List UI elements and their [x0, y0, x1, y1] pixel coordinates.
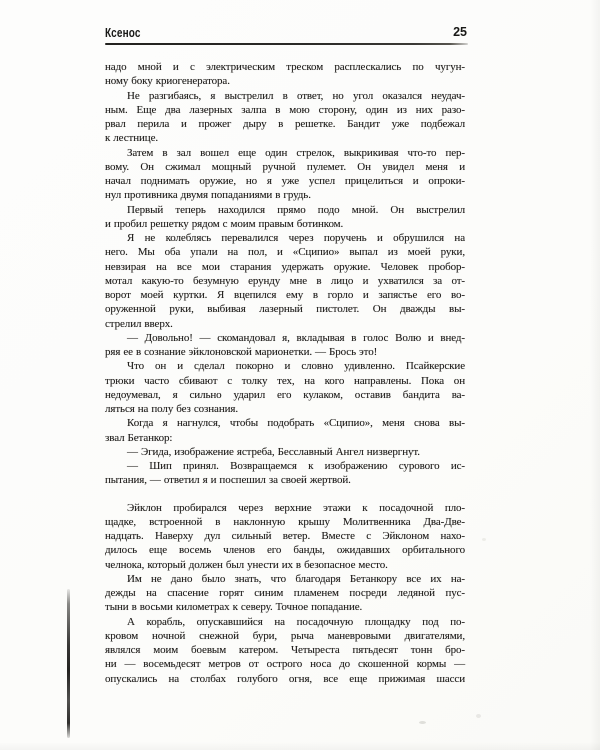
- text-line: звал Бетанкор:: [105, 431, 465, 445]
- text-block: надо мной и с электрическим треском расп…: [105, 60, 465, 686]
- text-line: ворот моей куртки. Я вцепился ему в горл…: [105, 288, 465, 302]
- scan-speck: [482, 538, 486, 541]
- text-line: являлся моим боевым катером. Четыреста п…: [105, 643, 465, 657]
- text-line: надцать. Наверху дул сильный ветер. Вмес…: [105, 529, 465, 543]
- text-line: ляться на полу без сознания.: [105, 402, 465, 416]
- text-line: А корабль, опускавшийся на посадочную пл…: [105, 615, 465, 629]
- scan-edge-shade-bottom: [0, 742, 600, 750]
- text-line: Я не колеблясь перевалился через поручен…: [105, 231, 465, 245]
- text-line: пытания, — ответил я и поспешил за своей…: [105, 473, 465, 487]
- text-line: Что он и сделал покорно и словно удивлен…: [105, 359, 465, 373]
- text-line: Первый теперь находился прямо подо мной.…: [105, 203, 465, 217]
- text-line: Эйклон пробирался через верхние этажи к …: [105, 501, 465, 515]
- scan-edge-shade-right: [590, 0, 600, 750]
- text-line: ным. Еще два лазерных залпа в мою сторон…: [105, 103, 465, 117]
- text-line: трюки часто сбивают с толку тех, на кого…: [105, 374, 465, 388]
- text-line: кровом ночной снежной бури, рыча маневро…: [105, 629, 465, 643]
- text-line: Затем в зал вошел еще один стрелок, выкр…: [105, 146, 465, 160]
- text-line: Им не дано было знать, что благодаря Бет…: [105, 572, 465, 586]
- text-line: мотал какую-то безумную ерунду мне в лиц…: [105, 274, 465, 288]
- text-line: — Эгида, изображение ястреба, Бесславный…: [105, 445, 465, 459]
- text-line: ному боку криогенератора.: [105, 74, 465, 88]
- text-line: невзирая на все мои старания удержать ор…: [105, 260, 465, 274]
- text-line: дежды на спасение горят синим пламенем п…: [105, 586, 465, 600]
- text-line: стрелил вверх.: [105, 317, 465, 331]
- text-line: ряя ее в сознание эйклоновской марионетк…: [105, 345, 465, 359]
- text-line: него. Мы оба упали на пол, и «Сципио» вы…: [105, 245, 465, 259]
- text-line: опускались на столбах голубого огня, все…: [105, 672, 465, 686]
- text-line: ни — восемьдесят метров от острого носа …: [105, 657, 465, 671]
- text-line: нул противника двумя попаданиями в грудь…: [105, 188, 465, 202]
- text-line: и пробил решетку рядом с моим правым бот…: [105, 217, 465, 231]
- text-line: вому. Он сжимал мощный ручной пулемет. О…: [105, 160, 465, 174]
- text-line: Когда я нагнулся, чтобы подобрать «Сципи…: [105, 416, 465, 430]
- text-line: Не разгибаясь, я выстрелил в ответ, но у…: [105, 89, 465, 103]
- scan-speck: [476, 714, 481, 718]
- text-line: к лестнице.: [105, 131, 465, 145]
- text-line: дилось еще восемь членов его банды, ожид…: [105, 543, 465, 557]
- text-line: щадке, встроенной в наклонную крышу Моли…: [105, 515, 465, 529]
- text-line: начал поднимать оружие, но я уже успел п…: [105, 174, 465, 188]
- text-line: — Довольно! — скомандовал я, вкладывая в…: [105, 331, 465, 345]
- text-line: надо мной и с электрическим треском расп…: [105, 60, 465, 74]
- text-line: рвал перила и прожег дыру в решетке. Бан…: [105, 117, 465, 131]
- text-line: — Шип принял. Возвращаемся к изображению…: [105, 459, 465, 473]
- page-number: 25: [105, 25, 467, 39]
- text-line: оруженной руки, выбивая лазерный пистоле…: [105, 302, 465, 316]
- book-page: Ксенос 25 надо мной и с электрическим тр…: [0, 0, 600, 750]
- section-break: [105, 488, 465, 501]
- text-line: челнока, который должен был унести их в …: [105, 558, 465, 572]
- header-rule: [105, 43, 468, 45]
- scan-speck: [419, 721, 426, 724]
- scan-artifact-streak: [67, 589, 70, 738]
- text-line: тыни в восьми километрах к северу. Точно…: [105, 600, 465, 614]
- text-line: недоумевал, я сильно ударил его кулаком,…: [105, 388, 465, 402]
